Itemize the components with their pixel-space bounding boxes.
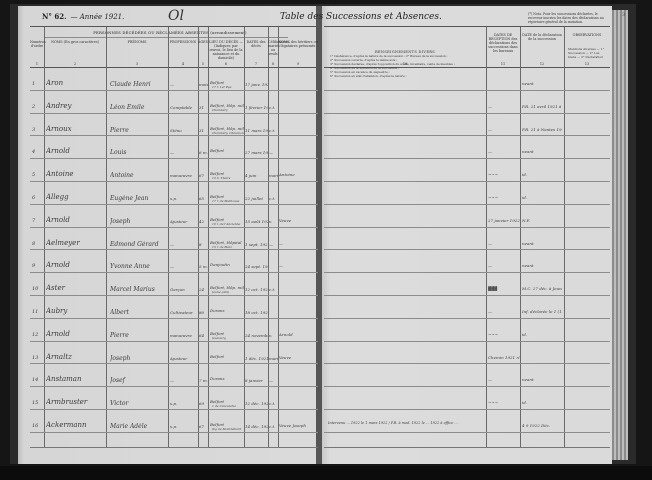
marital-status: —: [269, 150, 278, 155]
renseignement-line: 6° Succession en état d'abandon, d'après…: [330, 74, 480, 78]
column-index: 8: [268, 62, 278, 66]
reception-date: —: [488, 377, 520, 382]
column-index: 13: [564, 62, 610, 66]
handwritten-mark: Ol: [168, 8, 184, 24]
deceased-surname: Arnaltz: [46, 353, 106, 361]
row-rule: [324, 158, 610, 159]
marital-status: v.: [269, 333, 278, 338]
row-rule: [30, 135, 318, 136]
date-of-death: 1 sept. 1921: [245, 242, 268, 247]
marital-status: c.t.: [269, 128, 278, 133]
place-note: faubourg: [212, 336, 244, 340]
register-number: N° 62.— Année 1921.: [42, 12, 124, 21]
deceased-given-names: Yvonne Anne: [110, 263, 166, 270]
age: 67: [199, 173, 209, 178]
column-index: 7: [244, 62, 268, 66]
column-header: DATE de la déclaration de la succession: [520, 33, 564, 41]
date-of-death: 14 déc. 1921: [245, 424, 268, 429]
reception-date: —: [488, 127, 520, 132]
renseignements-header: RENSEIGNEMENTS DIVERS 1° Déshérence, d'a…: [330, 50, 480, 78]
marital-status: c.t.: [269, 424, 278, 429]
profession: —: [170, 242, 198, 247]
row-rule: [324, 341, 610, 342]
heirs: Veuve: [279, 218, 317, 223]
column-index: 1: [30, 62, 44, 66]
left-register-table: PERSONNES DÉCÉDÉES OU RÉCLAMÉES ABSENTES…: [30, 26, 318, 448]
date-of-death: 15 août 1921: [245, 219, 268, 224]
page-title-left: Table des: [280, 12, 323, 22]
declaration-date: neant: [522, 377, 562, 382]
date-of-death: 27 mars 1921: [245, 150, 268, 155]
deceased-surname: Armbruster: [46, 398, 106, 406]
row-rule: [30, 204, 318, 205]
reception-date: ▓▓▓: [488, 286, 520, 291]
deceased-given-names: Edmond Gérard: [110, 241, 166, 248]
deceased-given-names: Josef: [110, 377, 166, 384]
column-index: 2: [44, 62, 106, 66]
declaration-date: Inf. déclarée le 1 (1922) 1921: [522, 309, 562, 314]
reception-date: Chemin 1921 n° 36: [488, 355, 520, 360]
column-header: NOMS des héritiers ou légataires présumé…: [278, 40, 318, 48]
right-register-table: 10DATES DE RÉCEPTION des déclarations de…: [324, 26, 610, 448]
age: 69: [199, 401, 209, 406]
page-marker: 3: [622, 12, 625, 18]
deceased-given-names: Marcel Marius: [110, 286, 166, 293]
deceased-given-names: Marie Adèle: [110, 423, 166, 430]
age: mois: [199, 82, 209, 87]
deceased-surname: Aster: [46, 284, 106, 292]
declaration-date: id.: [522, 195, 562, 200]
age: 31: [199, 128, 209, 133]
profession: Ajusteur: [170, 219, 198, 224]
profession: —: [170, 264, 198, 269]
row-rule: [30, 363, 318, 364]
entry-number: 12: [32, 332, 44, 338]
row-rule: [30, 386, 318, 387]
profession: —: [170, 378, 198, 383]
column-index: 9: [278, 62, 318, 66]
reception-date: —: [488, 149, 520, 154]
date-of-death: 22 juillet: [245, 196, 268, 201]
place-note: 17 r. de Mulhouse: [212, 199, 244, 203]
profession: Sténo: [170, 128, 198, 133]
observations-header-text: Mentions diverses — 1° Succession — 2° L…: [568, 47, 608, 59]
heirs: —: [279, 241, 317, 246]
deceased-surname: Allegg: [46, 193, 106, 201]
marital-status: marié: [269, 173, 278, 178]
deceased-given-names: Pierre: [110, 332, 166, 339]
place-of-death: Belfort: [210, 354, 244, 359]
entry-number: 6: [32, 195, 44, 201]
declaration-date: P.R. 21 à Nantes 1921 à Sochaux: [522, 127, 562, 132]
register-year: — Année 1921.: [71, 13, 125, 21]
marital-status: c.t.: [269, 196, 278, 201]
date-of-death: 8 janvier: [245, 378, 268, 383]
row-rule: [324, 363, 610, 364]
declaration-date: neant: [522, 263, 562, 268]
section-header-left: PERSONNES DÉCÉDÉES OU RÉCLAMÉES ABSENTES…: [50, 30, 290, 35]
reception-date: —: [488, 263, 520, 268]
entry-number: 3: [32, 127, 44, 133]
marital-status: —: [269, 378, 278, 383]
entry-number: 2: [32, 104, 44, 110]
place-of-death: Dorans: [210, 376, 244, 381]
deceased-given-names: Claude Henri: [110, 81, 166, 88]
row-rule: [30, 227, 318, 228]
page-title-right: Successions et Absences.: [326, 12, 442, 22]
reception-date: ~~~: [488, 172, 520, 177]
entry-number: 16: [32, 423, 44, 429]
row-rule: [324, 295, 610, 296]
marital-status: marié: [269, 356, 278, 361]
heirs: Antoine: [279, 172, 317, 177]
entry-number: 8: [32, 241, 44, 247]
deceased-surname: Arnold: [46, 330, 106, 338]
entry-number: 13: [32, 355, 44, 361]
row-rule: [324, 249, 610, 250]
heirs: —: [279, 263, 317, 268]
deceased-surname: Aubry: [46, 307, 106, 315]
deceased-surname: Aron: [46, 79, 106, 87]
declaration-date: id.: [522, 400, 562, 405]
place-note: Jeune (Ain): [212, 290, 244, 294]
marital-status: c.t.: [269, 105, 278, 110]
place-note: fbg de Montbéliard: [212, 427, 244, 431]
marital-status: c.t.: [269, 287, 278, 292]
reception-date: —: [488, 309, 520, 314]
page-edges: [612, 10, 628, 460]
date-of-death: 17 janv. 1921: [245, 82, 268, 87]
age: 6 m.: [199, 150, 209, 155]
deceased-surname: Anstaman: [46, 375, 106, 383]
entry-number: 1: [32, 81, 44, 87]
age: 31: [199, 105, 209, 110]
declaration-date: id.: [522, 172, 562, 177]
declaration-date: M.C. 27 déc. à Jeune (Ain) à Bourg: [522, 286, 562, 291]
deceased-given-names: Eugène Jean: [110, 195, 166, 202]
row-rule: [324, 204, 610, 205]
place-of-death: Dorans: [210, 308, 244, 313]
age: 8: [199, 242, 209, 247]
column-header: LIEU DU DÉCÈS — (Indiquer, par renvoi, l…: [208, 40, 244, 60]
row-rule: [30, 295, 318, 296]
heirs: Veuve Joseph: [279, 423, 317, 428]
profession: —: [170, 150, 198, 155]
deceased-surname: Arnold: [46, 147, 106, 155]
declaration-date: id.: [522, 332, 562, 337]
entry-number: 7: [32, 218, 44, 224]
row-rule: [324, 409, 610, 410]
date-of-death: 24 novembre: [245, 333, 268, 338]
place-of-death: Belfort: [210, 148, 244, 153]
heirs: Veuve: [279, 355, 317, 360]
deceased-given-names: Louis: [110, 149, 166, 156]
place-note: 13 b. Thiers: [212, 176, 244, 180]
profession: manœuvre: [170, 333, 198, 338]
place-note: Chambéry, Chaumont: [212, 131, 244, 135]
declaration-date: 4 9 1922 Déc.: [522, 423, 562, 428]
row-rule: [30, 341, 318, 342]
profession: —: [170, 82, 198, 87]
reception-date: ~~~: [488, 195, 520, 200]
row-rule: [324, 90, 610, 91]
place-note: r. de Cravanche: [212, 404, 244, 408]
profession: manœuvre: [170, 173, 198, 178]
entry-number: 14: [32, 377, 44, 383]
profession: s.p.: [170, 401, 198, 406]
deceased-given-names: Joseph: [110, 218, 166, 225]
age: 7 m.: [199, 378, 209, 383]
header-note: (*) Nota. Pour les successions déclarées…: [528, 12, 610, 24]
heirs: Arnold: [279, 332, 317, 337]
profession: s.p.: [170, 424, 198, 429]
row-rule: [324, 135, 610, 136]
date-of-death: 1 déc. 1921: [245, 356, 268, 361]
age: 42: [199, 219, 209, 224]
declaration-date: N.F.: [522, 218, 562, 223]
date-of-death: 18 oct. 1921: [245, 310, 268, 315]
entry-number: 9: [32, 263, 44, 269]
column-header: Célibataires, mariés ou veufs: [268, 40, 278, 56]
column-index: 5: [198, 62, 208, 66]
column-header: NOMS (En gros caractères): [44, 40, 106, 44]
marital-status: v.: [269, 219, 278, 224]
date-of-death: 11 mars 1921: [245, 128, 268, 133]
row-rule: [30, 113, 318, 114]
column-header: DATES des décès: [244, 40, 268, 48]
deceased-surname: Aelmeyer: [46, 239, 106, 247]
row-rule: [30, 409, 318, 410]
profession: Garçon: [170, 287, 198, 292]
deceased-surname: Ackermann: [46, 421, 106, 429]
profession: Comptable: [170, 105, 198, 110]
marital-status: c.t.: [269, 401, 278, 406]
deceased-given-names: Joseph: [110, 355, 166, 362]
age: 67: [199, 424, 209, 429]
row-rule: [324, 386, 610, 387]
deceased-surname: Arnold: [46, 261, 106, 269]
row-rule: [30, 432, 318, 433]
profession: Cultivateur: [170, 310, 198, 315]
row-rule: [324, 272, 610, 273]
column-header: OBSERVATIONS: [564, 33, 610, 37]
place-of-death: Danjoutin: [210, 262, 244, 267]
reception-date: ~~~: [488, 400, 520, 405]
place-note: 13 r. de Metz: [212, 245, 244, 249]
entry-number: 15: [32, 400, 44, 406]
column-header: DATES DE RÉCEPTION des déclarations des …: [486, 33, 520, 53]
deceased-surname: Andrey: [46, 102, 106, 110]
entry-number: 4: [32, 149, 44, 155]
declaration-date: neant: [522, 149, 562, 154]
row-rule: [30, 158, 318, 159]
date-of-death: 12 déc. 1921: [245, 401, 268, 406]
age: 5 m.: [199, 264, 209, 269]
deceased-given-names: Pierre: [110, 127, 166, 134]
declaration-date: P.R. 21 avril 1921 à Chambéry: [522, 104, 562, 109]
date-of-death: 4 juin: [245, 173, 268, 178]
column-header: Numéros d'ordre: [30, 40, 44, 48]
declaration-date: neant: [522, 81, 562, 86]
place-note: Chambéry: [212, 108, 244, 112]
reception-date: ~~~: [488, 332, 520, 337]
date-of-death: 24 sept. 1921: [245, 264, 268, 269]
entry-number: 11: [32, 309, 44, 315]
deceased-given-names: Antoine: [110, 172, 166, 179]
deceased-given-names: Albert: [110, 309, 166, 316]
row-rule: [324, 227, 610, 228]
deceased-surname: Arnoux: [46, 125, 106, 133]
place-note: 13 r. de l'Ancienne: [212, 222, 244, 226]
deceased-given-names: Victor: [110, 400, 166, 407]
renseignements: Intervenu ... 1922 le 1 mars 1922 / P.R.…: [328, 421, 478, 425]
column-index: 12: [520, 62, 564, 66]
row-rule: [324, 432, 610, 433]
row-rule: [30, 272, 318, 273]
profession: s.p.: [170, 196, 198, 201]
age: 65: [199, 196, 209, 201]
deceased-given-names: Léon Emile: [110, 104, 166, 111]
column-header: PROFESSIONS: [168, 40, 198, 44]
row-rule: [30, 181, 318, 182]
row-rule: [324, 181, 610, 182]
reception-date: —: [488, 241, 520, 246]
age: 24: [199, 287, 209, 292]
profession: Ajusteur: [170, 356, 198, 361]
reception-date: 27 janvier 1922: [488, 218, 520, 223]
place-note: 17 r. 1er Ppe: [212, 85, 244, 89]
age: 80: [199, 310, 209, 315]
row-rule: [30, 318, 318, 319]
scan-border: [0, 466, 652, 480]
row-rule: [324, 113, 610, 114]
column-header: PRÉNOMS: [106, 40, 168, 44]
deceased-surname: Arnold: [46, 216, 106, 224]
marital-status: —: [269, 242, 278, 247]
column-index: 6: [208, 62, 244, 66]
declaration-date: neant: [522, 241, 562, 246]
entry-number: 10: [32, 286, 44, 292]
date-of-death: 1 février 1921: [245, 105, 268, 110]
date-of-death: 12 oct. 1921: [245, 287, 268, 292]
row-rule: [30, 90, 318, 91]
reception-date: —: [488, 104, 520, 109]
column-index: 4: [168, 62, 198, 66]
row-rule: [324, 318, 610, 319]
row-rule: [30, 249, 318, 250]
column-header: ÂGES: [198, 40, 208, 44]
column-index: 11: [486, 62, 520, 66]
column-index: 3: [106, 62, 168, 66]
deceased-surname: Antoine: [46, 170, 106, 178]
entry-number: 5: [32, 172, 44, 178]
age: 64: [199, 333, 209, 338]
